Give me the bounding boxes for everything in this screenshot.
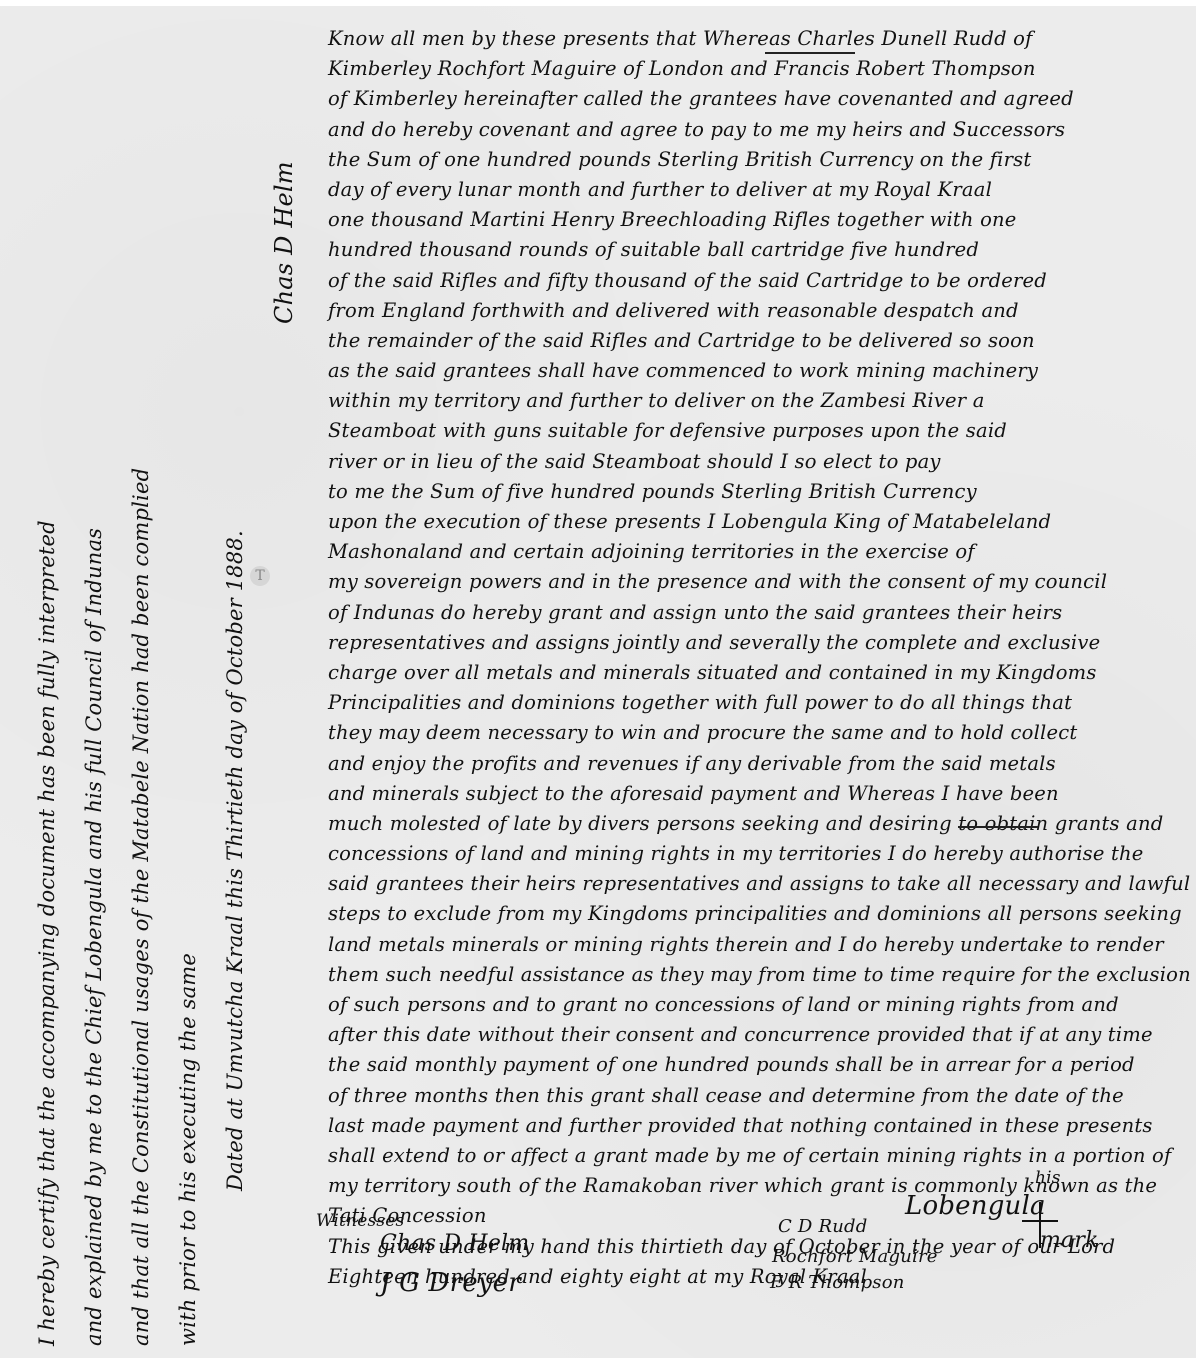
body-line: my sovereign powers and in the presence … [328, 567, 1173, 597]
body-line: the Sum of one hundred pounds Sterling B… [328, 145, 1173, 175]
seal-glyph: T [255, 568, 264, 584]
his-label: his [1035, 1168, 1061, 1188]
body-line: as the said grantees shall have commence… [328, 356, 1173, 386]
body-line: Steamboat with guns suitable for defensi… [328, 416, 1173, 446]
body-line: of Kimberley hereinafter called the gran… [328, 84, 1173, 114]
witness-signature-dreyer: J G Dreyer [380, 1268, 521, 1298]
body-line: of such persons and to grant no concessi… [328, 990, 1173, 1020]
body-line: much molested of late by divers persons … [328, 809, 1173, 839]
mark-label: mark [1040, 1228, 1099, 1253]
body-line: within my territory and further to deliv… [328, 386, 1173, 416]
body-line: and do hereby covenant and agree to pay … [328, 115, 1173, 145]
witness-signature-helm: Chas D Helm [380, 1231, 529, 1256]
body-line: land metals minerals or mining rights th… [328, 930, 1173, 960]
body-line: day of every lunar month and further to … [328, 175, 1173, 205]
body-line: of Indunas do hereby grant and assign un… [328, 598, 1173, 628]
margin-signature-helm: Chas D Helm [270, 161, 298, 324]
certification-line: with prior to his executing the same [165, 46, 212, 1346]
grantee-signature-thompson: F R Thompson [770, 1272, 905, 1293]
certification-line: and that all the Constitutional usages o… [118, 46, 165, 1346]
body-line: hundred thousand rounds of suitable ball… [328, 235, 1173, 265]
certification-date-line: Dated at Umvutcha Kraal this Thirtieth d… [212, 46, 259, 1346]
body-line: of three months then this grant shall ce… [328, 1081, 1173, 1111]
body-line: Principalities and dominions together wi… [328, 688, 1173, 718]
body-line: the remainder of the said Rifles and Car… [328, 326, 1173, 356]
body-line: they may deem necessary to win and procu… [328, 718, 1173, 748]
body-line: representatives and assigns jointly and … [328, 628, 1173, 658]
certification-line: I hereby certify that the accompanying d… [24, 46, 71, 1346]
concession-body: Know all men by these presents that Wher… [328, 24, 1173, 1292]
body-line: upon the execution of these presents I L… [328, 507, 1173, 537]
seal-stamp-icon: T [250, 566, 270, 586]
body-line: of the said Rifles and fifty thousand of… [328, 266, 1173, 296]
body-line: shall extend to or affect a grant made b… [328, 1141, 1173, 1171]
certification-line: and explained by me to the Chief Lobengu… [71, 46, 118, 1346]
body-line: river or in lieu of the said Steamboat s… [328, 447, 1173, 477]
body-line: the said monthly payment of one hundred … [328, 1050, 1173, 1080]
body-line: from England forthwith and delivered wit… [328, 296, 1173, 326]
body-line: Know all men by these presents that Wher… [328, 24, 1173, 54]
body-line: and enjoy the profits and revenues if an… [328, 749, 1173, 779]
body-line: to me the Sum of five hundred pounds Ste… [328, 477, 1173, 507]
whereas-underline [765, 52, 855, 54]
grantee-signature-maguire: Rochfort Maguire [772, 1246, 938, 1267]
grantee-signature-rudd: C D Rudd [778, 1216, 867, 1237]
body-line: Mashonaland and certain adjoining territ… [328, 537, 1173, 567]
body-line: concessions of land and mining rights in… [328, 839, 1173, 869]
whereas-underline [958, 826, 1038, 828]
body-line: Kimberley Rochfort Maguire of London and… [328, 54, 1173, 84]
body-line: steps to exclude from my Kingdoms princi… [328, 899, 1173, 929]
margin-signature-text: Chas D Helm [270, 161, 298, 324]
body-line: one thousand Martini Henry Breechloading… [328, 205, 1173, 235]
body-line: said grantees their heirs representative… [328, 869, 1173, 899]
body-line: after this date without their consent an… [328, 1020, 1173, 1050]
body-line: charge over all metals and minerals situ… [328, 658, 1173, 688]
body-line: last made payment and further provided t… [328, 1111, 1173, 1141]
interpreter-certification: I hereby certify that the accompanying d… [24, 46, 259, 1346]
body-line: them such needful assistance as they may… [328, 960, 1173, 990]
document-page: I hereby certify that the accompanying d… [0, 6, 1196, 1358]
body-line: and minerals subject to the aforesaid pa… [328, 779, 1173, 809]
witnesses-label: Witnesses [316, 1211, 405, 1231]
